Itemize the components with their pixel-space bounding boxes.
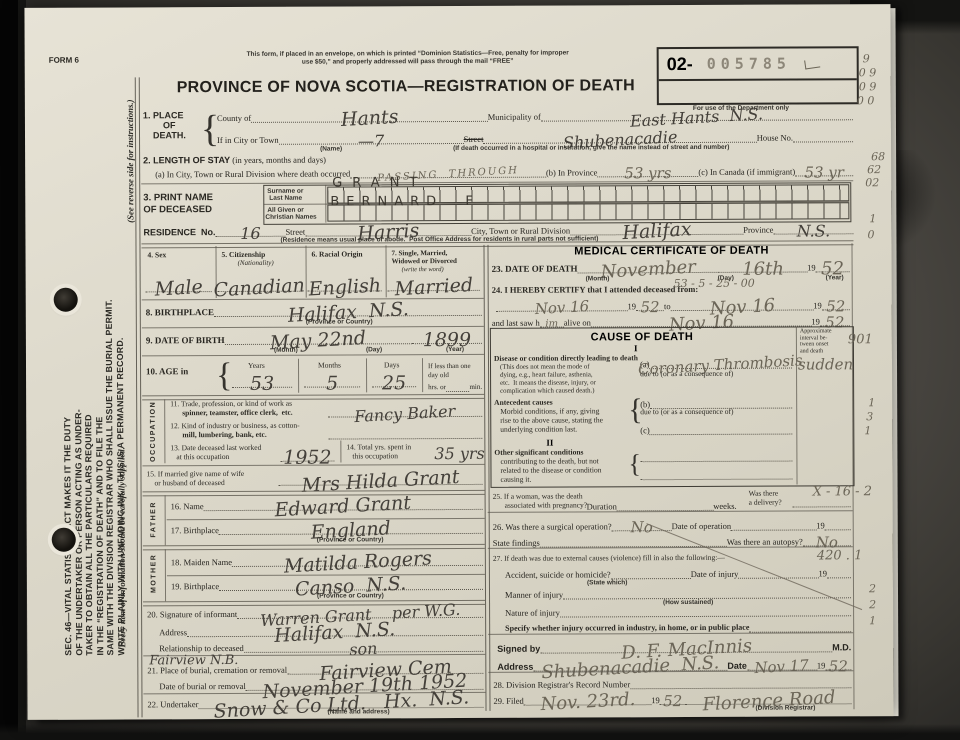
disease-label: Disease or condition directly leading to… (494, 353, 638, 363)
father-name-label: 16. Name (171, 501, 204, 511)
form-title: PROVINCE OF NOVA SCOTIA—REGISTRATION OF … (153, 77, 659, 97)
age-months-line: 5 (304, 370, 360, 387)
operation-label: 26. Was there a surgical operation? (493, 521, 612, 532)
undertaker-label: 22. Undertaker (147, 699, 198, 709)
antecedent-note-1: Morbid conditions, if any, giving (500, 406, 599, 415)
age-label: 10. AGE in (146, 367, 188, 376)
margin-mark: 1 (868, 396, 875, 409)
stay-c-label: (c) In Canada (if immigrant) (698, 167, 795, 177)
signed-year-prefix: 19 (817, 660, 826, 670)
birthplace-line: Halifax N.S. (214, 304, 482, 317)
interval-header: Approximate interval be- tween onset and… (800, 328, 852, 354)
age-under-day-note: If less than one day old (428, 362, 482, 380)
margin-mark: 1 (869, 212, 876, 225)
attended-to-line: Nov 16 (671, 298, 814, 311)
residence-province-value: N.S. (797, 226, 831, 235)
margin-mark: 1 (869, 614, 876, 627)
registration-number-stamp: 005785 (707, 55, 791, 73)
due-to-2: due to (or as a consequence of) (640, 407, 733, 416)
informant-address-value: Halifax N.S. (274, 625, 395, 641)
total-years-label-line1: 14. Total yrs. spent in (346, 442, 411, 451)
age-years-label: Years (248, 361, 265, 370)
racial-origin-line: English (308, 268, 382, 291)
residence-province-label: Province (743, 225, 773, 235)
margin-mark: 1 (864, 424, 871, 437)
street-line: Shubenacadie (483, 131, 756, 144)
stay-b-line: 53 yrs (597, 165, 698, 177)
dod-year-value: 52 (821, 264, 844, 273)
margin-mark: 3 (866, 410, 873, 423)
cause-c-label: (c) (640, 425, 649, 435)
margin-mark: 0 9 (859, 66, 877, 79)
column-double-rule (483, 245, 490, 711)
dod-month-note: (Month) (586, 275, 610, 283)
s1-label-line1: 1. PLACE (143, 111, 184, 120)
certify-pencil-mark: 53 - 5 - 25 - 00 (674, 277, 755, 290)
findings-line (540, 535, 727, 548)
county-line: Hants (251, 110, 488, 123)
residence-no-value: 16 (240, 229, 260, 238)
mother-birthplace-note: (Province or Country) (317, 592, 384, 600)
state-which-note: (State which) (587, 579, 627, 587)
pencil-check-mark (804, 58, 820, 69)
citizenship-line: Canadian (218, 269, 302, 292)
city-town-line: —7 (279, 132, 464, 145)
age-days-line: 25 (372, 370, 416, 387)
signed-by-line: D. F. MacInnis (540, 640, 832, 653)
from-year-value: 52 (640, 303, 659, 312)
mother-maiden-label: 18. Maiden Name (171, 557, 232, 567)
last-worked-label-line1: 13. Date deceased last worked (170, 443, 261, 452)
from-year-prefix: 19 (627, 301, 636, 311)
spouse-line: Mrs Hilda Grant (278, 468, 482, 486)
s3-label-line2: OF DECEASED (143, 205, 212, 214)
pregnancy-label-1: 25. If a woman, was the death (493, 491, 583, 500)
occupation-group-label: OCCUPATION (150, 401, 157, 462)
interval-header-line: and death (800, 348, 852, 355)
industry-line (328, 424, 482, 440)
stay-c-line: 53 yr (795, 164, 853, 176)
undertaker-line: Snow & Co Ltd. Hx. N.S. (198, 696, 483, 709)
certify-label: 24. I HEREBY CERTIFY that I attended dec… (492, 285, 698, 295)
margin-mark: 9 (863, 52, 870, 65)
occupation-col-divider (340, 441, 341, 463)
father-name-value: Edward Grant (275, 499, 412, 516)
injury-year-line (827, 566, 851, 578)
dob-year-value: 1899 (423, 336, 471, 345)
signed-address-line: Shubenacadie N.S. (533, 659, 727, 672)
father-birthplace-line: England (219, 522, 483, 535)
death-registration-form: SEC. 46—VITAL STATISTICS ACT MAKES IT TH… (24, 4, 893, 720)
dod-year-line: 52 (816, 260, 850, 272)
s1-label-line2: OF (163, 121, 176, 130)
cause-a-interval: sudden (798, 355, 853, 373)
other-label: Other significant conditions (494, 447, 583, 456)
surname-handwritten: GRANT (332, 175, 427, 190)
attended-from-line: Nov 16 (496, 299, 628, 312)
mother-maiden-line: Matilda Rogers (232, 554, 483, 567)
punch-hole-top (54, 288, 78, 312)
stay-b-label: (b) In Province (546, 167, 598, 177)
s2-label: 2. LENGTH OF STAY (143, 155, 230, 165)
delivery-label-1: Was there (749, 489, 779, 498)
form-number-label: FORM 6 (49, 56, 79, 65)
given-name-handwritten: BERNARD F (330, 194, 480, 210)
dod-day-line: 16th (719, 260, 807, 272)
s1-label-line3: DEATH. (153, 131, 186, 140)
section-double-rule (143, 544, 485, 550)
last-saw-year-prefix: 19 (811, 316, 820, 326)
municipality-value: East Hants N.S. (630, 109, 763, 126)
informant-address-label: Address (159, 627, 187, 637)
record-number-label: 28. Division Registrar's Record Number (493, 679, 630, 690)
from-year-line: 52 (636, 299, 664, 311)
mother-group-rule (165, 549, 166, 601)
other-line-2 (640, 467, 792, 481)
age-hrs-label: hrs. or (428, 382, 446, 392)
city-town-label: If in City or Town (217, 135, 279, 145)
margin-mark: 68 (871, 150, 885, 163)
occupation-group-rule (164, 399, 165, 463)
dod-month-line: November (577, 261, 719, 274)
other-line-1 (640, 449, 792, 463)
other-note-2: related to the disease or condition (500, 465, 601, 474)
undertaker-note: (Name and address) (328, 708, 390, 716)
industry-label-line2: mill, lumbering, bank, etc. (182, 430, 266, 439)
municipality-label: Municipality of (488, 112, 541, 122)
last-worked-line: 1952 (280, 445, 334, 462)
table-divider (385, 245, 386, 297)
s3-label-line1: 3. PRINT NAME (143, 193, 213, 202)
injury-year-prefix: 19 (818, 568, 827, 578)
mail-note: This form, if placed in an envelope, on … (175, 49, 641, 66)
age-years-value: 53 (250, 380, 274, 389)
cause-a-interval-wrap: sudden (798, 356, 853, 374)
birthplace-label: 8. BIRTHPLACE (146, 307, 214, 317)
registration-number-box: 02- 005785 (657, 46, 859, 105)
dod-year-prefix: 19 (807, 262, 816, 272)
dod-month-value: November (600, 262, 696, 276)
mother-birthplace-line: Canso N.S. (219, 578, 483, 591)
age-divider (422, 358, 423, 392)
stay-c-value: 53 yr (804, 168, 844, 177)
trade-line: Fancy Baker (328, 402, 482, 418)
last-saw-label2: alive on (564, 317, 591, 327)
age-divider (366, 358, 367, 392)
to-year-line: 52 (822, 298, 850, 310)
house-no-label: House No. (757, 133, 793, 143)
specify-line (749, 620, 851, 632)
age-years-line: 53 (232, 371, 292, 388)
row-divider (142, 354, 484, 356)
filed-year-prefix: 19 (651, 695, 660, 705)
spouse-label-line1: 15. If married give name of wife (146, 469, 244, 478)
age-brace: { (216, 357, 232, 395)
citizenship-note: (Nationality) (238, 259, 274, 268)
informant-address-line: Halifax N.S. (187, 624, 483, 637)
last-worked-label-line2: at this occupation (176, 452, 229, 461)
dod-year-note: (Year) (826, 274, 844, 282)
house-no-line (793, 130, 853, 142)
duration-line (617, 499, 713, 511)
residence-label: RESIDENCE No. (143, 227, 215, 237)
name-note: (Name) (320, 146, 342, 154)
age-divider (298, 359, 299, 393)
autopsy-label: Was there an autopsy? (727, 537, 803, 547)
stay-b-value: 53 yrs (624, 169, 671, 178)
given-label-line2: Christian Names (265, 214, 316, 222)
registrar-signature-line: Florence Road (686, 692, 852, 705)
citizenship-label: 5. Citizenship (222, 250, 266, 259)
last-saw-him-line: im (540, 316, 564, 328)
last-worked-value: 1952 (283, 454, 331, 463)
citizenship-value: Canadian (214, 281, 306, 295)
disease-note-4: complication which caused death.) (500, 386, 594, 395)
margin-mark: 02 (865, 176, 879, 189)
sex-line: Male (146, 269, 212, 292)
father-birthplace-label: 17. Birthplace (171, 525, 219, 535)
sex-label: 4. Sex (148, 250, 167, 259)
cause-roman-1: I (634, 343, 638, 353)
operation-year-line (825, 518, 851, 530)
residence-division-label: City, Town or Rural Division (471, 226, 570, 236)
filed-label: 29. Filed (493, 696, 523, 706)
marital-value: Married (394, 281, 473, 294)
signed-address-label: Address (497, 662, 533, 672)
father-group-rule (165, 495, 166, 545)
age-days-value: 25 (382, 379, 406, 388)
last-saw-date-line: Nov 16 (591, 314, 811, 327)
dod-label: 23. DATE OF DEATH (492, 263, 578, 273)
margin-mark: 2 (869, 582, 876, 595)
mother-maiden-value: Matilda Rogers (283, 554, 431, 571)
signed-year-line: 52 (825, 658, 851, 670)
punch-hole-bottom (52, 528, 76, 552)
dob-month-note: (Month) (274, 347, 298, 355)
row-divider (488, 510, 853, 513)
birthplace-note: (Province or Country) (306, 318, 373, 326)
accident-label: Accident, suicide or homicide? (505, 569, 611, 579)
father-birthplace-note: (Province or Country) (317, 536, 384, 544)
division-registrar-note: (Division Registrar) (755, 704, 815, 712)
dob-line: May 22nd (225, 332, 412, 345)
margin-mark: 0 9 (859, 80, 877, 93)
antecedent-note-3: underlying condition last. (500, 424, 577, 433)
sex-value: Male (154, 283, 203, 295)
filed-year-line: 52 (660, 693, 686, 705)
attended-from-value: Nov 16 (534, 302, 589, 314)
total-years-label-line2: this occupation (352, 451, 398, 460)
md-label: M.D. (832, 642, 851, 652)
age-min-label: min. (469, 382, 482, 392)
cause-a-line: Coronary Thrombosis (649, 357, 792, 370)
external-pencil-mark: 420 . 1 (817, 548, 863, 563)
filed-date-value: Nov. 23rd. (540, 695, 635, 709)
relationship-line: son (244, 640, 484, 653)
antecedent-label: Antecedent causes (494, 398, 553, 407)
age-months-value: 5 (326, 380, 338, 389)
age-days-label: Days (384, 360, 399, 369)
signed-by-label: Signed by (497, 644, 540, 654)
pregnancy-label-2: associated with pregnancy? (505, 500, 588, 509)
table-divider (305, 246, 306, 298)
hospital-note: (If death occurred in a hospital or inst… (453, 144, 729, 153)
operation-year-prefix: 19 (816, 520, 825, 530)
margin-mark: 62 (867, 163, 881, 176)
street-label: Street (464, 134, 484, 144)
residence-street-line: Harris (305, 224, 471, 237)
delivery-pencil-mark: X - 16 - 2 (813, 484, 872, 499)
cause-c-line (650, 423, 793, 436)
injury-date-label: Date of injury (691, 569, 739, 579)
trade-label-line2: spinner, teamster, office clerk, etc. (182, 408, 292, 417)
total-years-value-wrap: 35 yrs (434, 446, 484, 464)
filed-date-line: Nov. 23rd. (524, 693, 652, 706)
mail-note-line2: use $50,” and properly addressed will pa… (175, 57, 641, 67)
other-note-3: causing it. (500, 475, 531, 484)
cause-title: CAUSE OF DEATH (492, 331, 792, 344)
relationship-value: son (349, 644, 378, 655)
cause-roman-2: II (546, 438, 553, 448)
section-double-rule (143, 490, 485, 496)
spouse-label-line2: or husband of deceased (155, 478, 225, 487)
last-saw-label1: and last saw h (492, 318, 540, 328)
informant-label: 20. Signature of informant (147, 609, 237, 619)
scan-background-left-band (0, 0, 26, 740)
medical-certificate-title: MEDICAL CERTIFICATE OF DEATH (491, 244, 851, 258)
margin-mark: 2 (869, 598, 876, 611)
delivery-label-2: a delivery? (749, 498, 782, 507)
trade-value: Fancy Baker (355, 406, 456, 421)
informant-line: Warren Grant per W.G. (237, 606, 483, 619)
county-label: County of (217, 113, 251, 123)
dob-year-line: 1899 (412, 332, 482, 344)
father-name-line: Edward Grant (204, 498, 483, 511)
city-town-value: —7 (358, 136, 384, 145)
residence-street-label: Street (285, 227, 305, 237)
weeks-label: weeks. (713, 501, 736, 511)
racial-origin-label: 6. Racial Origin (312, 249, 363, 258)
other-brace: { (628, 449, 641, 479)
father-group-label: FATHER (150, 501, 157, 538)
nature-label: Nature of injury (505, 608, 560, 618)
to-year-prefix: 19 (813, 300, 822, 310)
row-divider (142, 326, 484, 328)
antecedent-note-2: rise to the above cause, stating the (500, 415, 603, 424)
filed-year-value: 52 (663, 697, 682, 706)
signed-date-line: Nov 17 (747, 658, 817, 670)
registration-prefix: 02- (667, 53, 693, 74)
residence-no-line: 16 (215, 225, 285, 237)
operation-date-label: Date of operation (672, 521, 732, 531)
mother-group-label: MOTHER (150, 554, 157, 593)
dob-day-note: (Day) (366, 346, 382, 354)
burial-date-label: Date of burial or removal (159, 681, 245, 691)
residence-division-value: Halifax (622, 225, 692, 238)
stay-a-label: (a) In City, Town or Rural Division wher… (155, 168, 350, 179)
row-divider (488, 546, 853, 549)
surname-label-line2: Last Name (269, 195, 302, 203)
manner-label: Manner of injury (505, 590, 563, 600)
duration-label: Duration (587, 501, 617, 511)
accident-line (611, 567, 691, 579)
county-value: Hants (340, 113, 398, 125)
due-to-1: due to (or as a consequence of) (640, 369, 733, 378)
dod-day-value: 16th (742, 265, 784, 274)
total-years-value: 35 yrs (434, 444, 484, 463)
interval-pencil-mark: 901 (848, 332, 873, 347)
racial-origin-value: English (308, 281, 381, 294)
dob-year-note: (Year) (446, 346, 464, 354)
industry-label-line1: 12. Kind of industry or business, as cot… (170, 421, 299, 431)
margin-mark: 0 (867, 228, 874, 241)
age-months-label: Months (318, 361, 341, 370)
signed-address-value: Shubenacadie N.S. (541, 658, 719, 677)
residence-province-line: N.S. (773, 222, 853, 234)
mother-birthplace-label: 19. Birthplace (171, 581, 219, 591)
operation-date-line (731, 518, 816, 530)
signed-date-label: Date (727, 661, 747, 671)
last-saw-year-line: 52 (820, 314, 850, 326)
nature-line (560, 604, 851, 617)
findings-label: State findings (493, 538, 540, 548)
row-divider (488, 632, 853, 635)
marital-line: Married (388, 268, 480, 291)
autopsy-line: No (803, 534, 851, 546)
spouse-value: Mrs Hilda Grant (301, 473, 459, 491)
municipality-line: East Hants N.S. (541, 108, 853, 121)
to-year-value: 52 (826, 302, 845, 311)
dob-label: 9. DATE OF BIRTH (146, 335, 225, 345)
burial-place-label: 21. Place of burial, cremation or remova… (147, 665, 287, 676)
s2-sublabel: (in years, months and days) (230, 155, 326, 165)
residence-division-line: Halifax (570, 223, 743, 236)
other-note-1: contributing to the death, but not (500, 456, 598, 465)
scan-background-bottom-band (0, 724, 960, 740)
age-hrs-line (446, 380, 470, 392)
external-label: 27. If death was due to external causes … (493, 553, 725, 563)
margin-mark: 0 0 (857, 94, 875, 107)
